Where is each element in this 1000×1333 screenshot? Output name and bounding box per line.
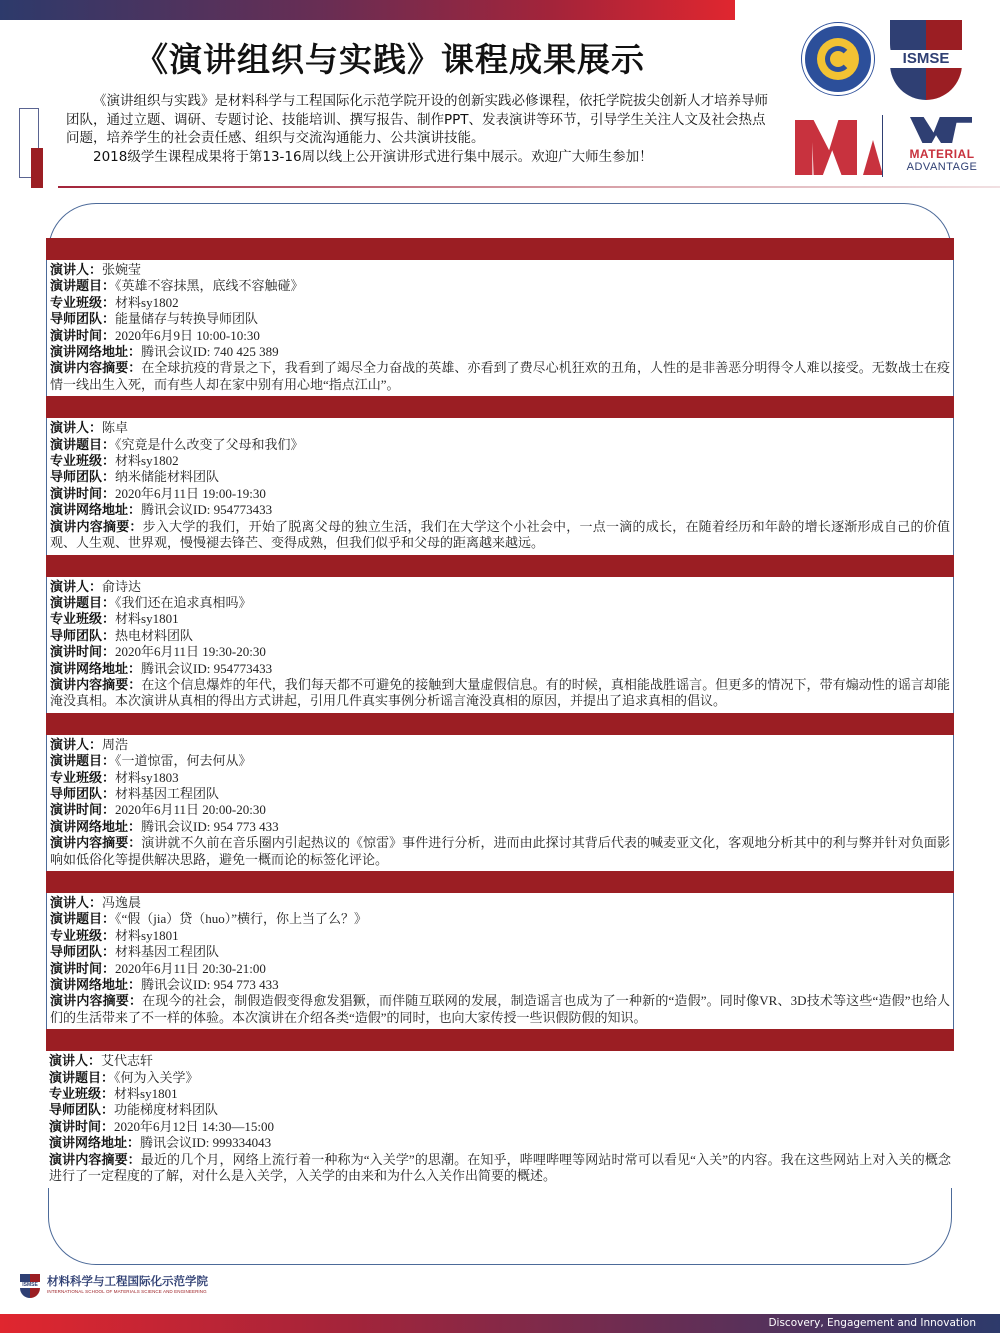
topic-row: 演讲题目：《究竟是什么改变了父母和我们》 xyxy=(50,437,950,453)
class-value: 材料sy1803 xyxy=(115,770,179,785)
wt-logo-icon xyxy=(910,117,972,143)
summary-value: 在全球抗疫的背景之下，我看到了竭尽全力奋战的英雄、亦看到了费尽心机狂欢的丑角，人… xyxy=(50,360,950,391)
class-label: 专业班级： xyxy=(50,770,115,785)
time-label: 演讲时间： xyxy=(50,802,115,817)
class-row: 专业班级：材料sy1803 xyxy=(50,770,950,786)
topic-row: 演讲题目：《何为入关学》 xyxy=(49,1070,951,1086)
time-row: 演讲时间：2020年6月12日 14:30—15:00 xyxy=(49,1119,951,1135)
speaker-label: 演讲人： xyxy=(50,262,102,277)
team-label: 导师团队： xyxy=(49,1102,114,1117)
summary-row: 演讲内容摘要：步入大学的我们，开始了脱离父母的独立生活，我们在大学这个小社会中，… xyxy=(50,519,950,552)
class-value: 材料sy1801 xyxy=(115,928,179,943)
url-row: 演讲网络地址：腾讯会议ID: 954 773 433 xyxy=(50,819,950,835)
speaker-row: 演讲人：陈卓 xyxy=(50,420,950,436)
topic-label: 演讲题目： xyxy=(49,1070,114,1085)
speaker-label: 演讲人： xyxy=(49,1053,101,1068)
summary-row: 演讲内容摘要：演讲就不久前在音乐圈内引起热议的《惊雷》事件进行分析，进而由此探讨… xyxy=(50,835,950,868)
section-bar xyxy=(46,871,954,893)
topic-value: 《“假（jia）贷（huo）”横行，你上当了么？》 xyxy=(115,911,367,926)
url-label: 演讲网络地址： xyxy=(50,502,141,517)
url-row: 演讲网络地址：腾讯会议ID: 954 773 433 xyxy=(50,977,950,993)
class-value: 材料sy1801 xyxy=(115,611,179,626)
team-row: 导师团队：能量储存与转换导师团队 xyxy=(50,311,950,327)
summary-row: 演讲内容摘要：在这个信息爆炸的年代，我们每天都不可避免的接触到大量虚假信息。有的… xyxy=(50,677,950,710)
team-value: 功能梯度材料团队 xyxy=(114,1102,218,1117)
school-name-cn: 材料科学与工程国际化示范学院 xyxy=(47,1274,208,1288)
summary-row: 演讲内容摘要：在全球抗疫的背景之下，我看到了竭尽全力奋战的英雄、亦看到了费尽心机… xyxy=(50,360,950,393)
time-value: 2020年6月11日 20:30-21:00 xyxy=(115,961,266,976)
meeting-id-value: 腾讯会议ID: 954773433 xyxy=(141,502,272,517)
time-label: 演讲时间： xyxy=(49,1119,114,1134)
team-label: 导师团队： xyxy=(50,311,115,326)
team-row: 导师团队：材料基因工程团队 xyxy=(50,786,950,802)
ismse-logo: ISMSE xyxy=(890,20,962,100)
class-value: 材料sy1802 xyxy=(115,295,179,310)
logo-group: ISMSE MATERIAL ADVANTAGE xyxy=(790,15,1000,185)
summary-label: 演讲内容摘要： xyxy=(50,519,143,534)
speaker-row: 演讲人：周浩 xyxy=(50,737,950,753)
section-bar xyxy=(46,1029,954,1051)
team-value: 能量储存与转换导师团队 xyxy=(115,311,258,326)
bottom-gradient-bar: Discovery, Engagement and Innovation xyxy=(0,1314,1000,1333)
summary-label: 演讲内容摘要： xyxy=(50,835,141,850)
speaker-name: 冯逸晨 xyxy=(102,895,141,910)
team-row: 导师团队：功能梯度材料团队 xyxy=(49,1102,951,1118)
topic-value: 《一道惊雷，何去何从》 xyxy=(115,753,252,768)
team-row: 导师团队：纳米储能材料团队 xyxy=(50,469,950,485)
speaker-row: 演讲人：张婉莹 xyxy=(50,262,950,278)
url-label: 演讲网络地址： xyxy=(50,819,141,834)
topic-value: 《何为入关学》 xyxy=(114,1070,199,1085)
logo-divider xyxy=(882,115,883,177)
shield-text: ISMSE xyxy=(19,1282,41,1288)
speaker-entry: 演讲人：冯逸晨 演讲题目：《“假（jia）贷（huo）”横行，你上当了么？》 专… xyxy=(46,893,954,1029)
page-title: 《演讲组织与实践》课程成果展示 xyxy=(0,34,780,81)
speaker-label: 演讲人： xyxy=(50,895,102,910)
summary-label: 演讲内容摘要： xyxy=(50,360,141,375)
class-label: 专业班级： xyxy=(50,928,115,943)
topic-label: 演讲题目： xyxy=(50,278,115,293)
summary-row: 演讲内容摘要：最近的几个月，网络上流行着一种称为“入关学”的思潮。在知乎，哔哩哔… xyxy=(49,1152,951,1185)
footer-school-logo: ISMSE 材料科学与工程国际化示范学院 INTERNATIONAL SCHOO… xyxy=(20,1274,260,1298)
team-row: 导师团队：材料基因工程团队 xyxy=(50,944,950,960)
team-label: 导师团队： xyxy=(50,469,115,484)
time-value: 2020年6月12日 14:30—15:00 xyxy=(114,1119,274,1134)
team-value: 材料基因工程团队 xyxy=(115,786,219,801)
speaker-entry: 演讲人：陈卓 演讲题目：《究竟是什么改变了父母和我们》 专业班级：材料sy180… xyxy=(46,418,954,554)
summary-row: 演讲内容摘要：在现今的社会，制假造假变得愈发猖獗，而伴随互联网的发展，制造谣言也… xyxy=(50,993,950,1026)
intro-paragraph: 《演讲组织与实践》是材料科学与工程国际化示范学院开设的创新实践必修课程，依托学院… xyxy=(66,92,771,148)
team-row: 导师团队：热电材料团队 xyxy=(50,628,950,644)
speaker-entry: 演讲人：俞诗达 演讲题目：《我们还在追求真相吗》 专业班级：材料sy1801 导… xyxy=(46,577,954,713)
team-label: 导师团队： xyxy=(50,944,115,959)
top-gradient-bar xyxy=(0,0,735,20)
time-row: 演讲时间：2020年6月11日 20:30-21:00 xyxy=(50,961,950,977)
speaker-label: 演讲人： xyxy=(50,737,102,752)
speaker-row: 演讲人：俞诗达 xyxy=(50,579,950,595)
url-label: 演讲网络地址： xyxy=(50,977,141,992)
time-row: 演讲时间：2020年6月11日 19:00-19:30 xyxy=(50,486,950,502)
class-label: 专业班级： xyxy=(50,453,115,468)
class-label: 专业班级： xyxy=(50,295,115,310)
team-label: 导师团队： xyxy=(50,786,115,801)
section-bar xyxy=(46,555,954,577)
time-value: 2020年6月11日 20:00-20:30 xyxy=(115,802,266,817)
speaker-row: 演讲人：艾代志轩 xyxy=(49,1053,951,1069)
time-value: 2020年6月11日 19:00-19:30 xyxy=(115,486,266,501)
meeting-id-value: 腾讯会议ID: 954 773 433 xyxy=(141,977,279,992)
url-label: 演讲网络地址： xyxy=(50,344,141,359)
class-row: 专业班级：材料sy1801 xyxy=(49,1086,951,1102)
advantage-text: ADVANTAGE xyxy=(892,161,992,173)
speaker-label: 演讲人： xyxy=(50,420,102,435)
summary-value: 演讲就不久前在音乐圈内引起热议的《惊雷》事件进行分析，进而由此探讨其背后代表的喊… xyxy=(50,835,950,866)
time-label: 演讲时间： xyxy=(50,961,115,976)
summary-value: 在现今的社会，制假造假变得愈发猖獗，而伴随互联网的发展，制造谣言也成为了一种新的… xyxy=(50,993,950,1024)
time-row: 演讲时间：2020年6月11日 20:00-20:30 xyxy=(50,802,950,818)
ismse-logo-text: ISMSE xyxy=(888,50,964,68)
material-advantage-logo: MATERIAL ADVANTAGE xyxy=(892,115,992,180)
class-label: 专业班级： xyxy=(50,611,115,626)
url-row: 演讲网络地址：腾讯会议ID: 954773433 xyxy=(50,661,950,677)
speaker-entry: 演讲人：周浩 演讲题目：《一道惊雷，何去何从》 专业班级：材料sy1803 导师… xyxy=(46,735,954,871)
section-bar xyxy=(46,396,954,418)
team-value: 材料基因工程团队 xyxy=(115,944,219,959)
time-value: 2020年6月11日 19:30-20:30 xyxy=(115,644,266,659)
url-row: 演讲网络地址：腾讯会议ID: 740 425 389 xyxy=(50,344,950,360)
summary-label: 演讲内容摘要： xyxy=(49,1152,141,1167)
class-row: 专业班级：材料sy1802 xyxy=(50,453,950,469)
ismse-shield-icon: ISMSE xyxy=(20,1274,40,1298)
section-bar xyxy=(46,238,954,260)
meeting-id-value: 腾讯会议ID: 740 425 389 xyxy=(141,344,279,359)
speaker-name: 周浩 xyxy=(102,737,128,752)
intro-text: 《演讲组织与实践》是材料科学与工程国际化示范学院开设的创新实践必修课程，依托学院… xyxy=(66,92,771,166)
team-value: 纳米储能材料团队 xyxy=(115,469,219,484)
time-label: 演讲时间： xyxy=(50,486,115,501)
time-row: 演讲时间：2020年6月11日 19:30-20:30 xyxy=(50,644,950,660)
topic-row: 演讲题目：《我们还在追求真相吗》 xyxy=(50,595,950,611)
topic-label: 演讲题目： xyxy=(50,753,115,768)
url-row: 演讲网络地址：腾讯会议ID: 999334043 xyxy=(49,1135,951,1151)
topic-label: 演讲题目： xyxy=(50,911,115,926)
speaker-name: 艾代志轩 xyxy=(101,1053,153,1068)
speaker-entry: 演讲人：张婉莹 演讲题目：《英雄不容抹黑，底线不容触碰》 专业班级：材料sy18… xyxy=(46,260,954,396)
speaker-row: 演讲人：冯逸晨 xyxy=(50,895,950,911)
meeting-id-value: 腾讯会议ID: 954773433 xyxy=(141,661,272,676)
url-label: 演讲网络地址： xyxy=(49,1135,140,1150)
meeting-id-value: 腾讯会议ID: 954 773 433 xyxy=(141,819,279,834)
class-value: 材料sy1802 xyxy=(115,453,179,468)
summary-value: 最近的几个月，网络上流行着一种称为“入关学”的思潮。在知乎，哔哩哔哩等网站时常可… xyxy=(49,1152,951,1183)
team-label: 导师团队： xyxy=(50,628,115,643)
url-row: 演讲网络地址：腾讯会议ID: 954773433 xyxy=(50,502,950,518)
speaker-label: 演讲人： xyxy=(50,579,102,594)
topic-value: 《英雄不容抹黑，底线不容触碰》 xyxy=(115,278,304,293)
class-label: 专业班级： xyxy=(49,1086,114,1101)
topic-value: 《我们还在追求真相吗》 xyxy=(115,595,252,610)
time-label: 演讲时间： xyxy=(50,644,115,659)
topic-row: 演讲题目：《英雄不容抹黑，底线不容触碰》 xyxy=(50,278,950,294)
class-row: 专业班级：材料sy1801 xyxy=(50,928,950,944)
time-label: 演讲时间： xyxy=(50,328,115,343)
speaker-name: 俞诗达 xyxy=(102,579,141,594)
class-value: 材料sy1801 xyxy=(114,1086,178,1101)
topic-label: 演讲题目： xyxy=(50,595,115,610)
topic-value: 《究竟是什么改变了父母和我们》 xyxy=(115,437,304,452)
time-value: 2020年6月9日 10:00-10:30 xyxy=(115,328,260,343)
summary-label: 演讲内容摘要： xyxy=(50,677,141,692)
wut-university-logo xyxy=(802,23,874,95)
speaker-list: 演讲人：张婉莹 演讲题目：《英雄不容抹黑，底线不容触碰》 专业班级：材料sy18… xyxy=(46,238,954,1188)
topic-label: 演讲题目： xyxy=(50,437,115,452)
material-text: MATERIAL xyxy=(892,147,992,161)
section-bar xyxy=(46,713,954,735)
m-logo-icon xyxy=(795,120,865,175)
speaker-name: 张婉莹 xyxy=(102,262,141,277)
class-row: 专业班级：材料sy1802 xyxy=(50,295,950,311)
time-row: 演讲时间：2020年6月9日 10:00-10:30 xyxy=(50,328,950,344)
topic-row: 演讲题目：《一道惊雷，何去何从》 xyxy=(50,753,950,769)
team-value: 热电材料团队 xyxy=(115,628,193,643)
summary-value: 在这个信息爆炸的年代，我们每天都不可避免的接触到大量虚假信息。有的时候，真相能战… xyxy=(50,677,950,708)
header-divider xyxy=(58,186,1000,188)
speaker-name: 陈卓 xyxy=(102,420,128,435)
summary-value: 步入大学的我们，开始了脱离父母的独立生活，我们在大学这个小社会中，一点一滴的成长… xyxy=(50,519,950,550)
school-name-en: INTERNATIONAL SCHOOL OF MATERIALS SCIENC… xyxy=(47,1289,207,1294)
summary-label: 演讲内容摘要： xyxy=(50,993,142,1008)
url-label: 演讲网络地址： xyxy=(50,661,141,676)
footer-tagline: Discovery, Engagement and Innovation xyxy=(768,1316,976,1331)
decorative-red-rect xyxy=(31,148,43,188)
intro-paragraph: 2018级学生课程成果将于第13-16周以线上公开演讲形式进行集中展示。欢迎广大… xyxy=(66,148,771,167)
topic-row: 演讲题目：《“假（jia）贷（huo）”横行，你上当了么？》 xyxy=(50,911,950,927)
meeting-id-value: 腾讯会议ID: 999334043 xyxy=(140,1135,271,1150)
speaker-entry: 演讲人：艾代志轩 演讲题目：《何为入关学》 专业班级：材料sy1801 导师团队… xyxy=(46,1051,954,1187)
class-row: 专业班级：材料sy1801 xyxy=(50,611,950,627)
